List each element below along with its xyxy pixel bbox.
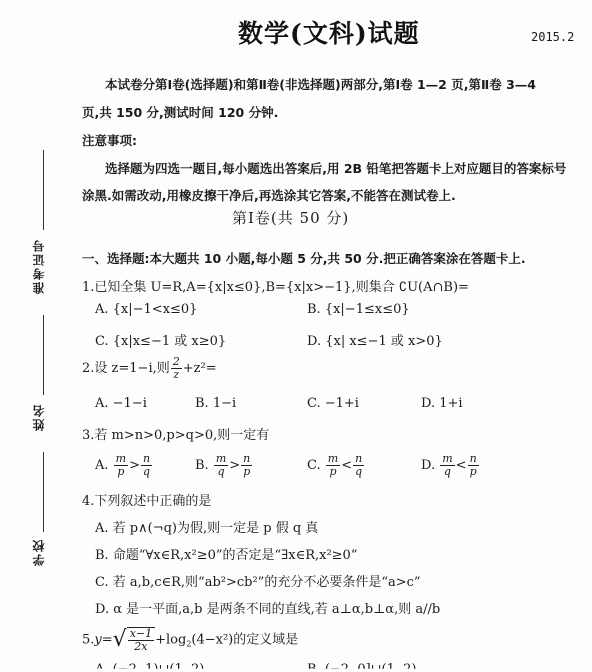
margin-divider: [43, 452, 44, 532]
question-stem: 设 z=1−i,则: [94, 361, 169, 376]
option-4c: C. 若 a,b,c∈R,则“ab²>cb²”的充分不必要条件是“a>c”: [95, 571, 421, 590]
fraction: nq: [141, 453, 152, 478]
option-5b-partial: B. (−2, 0]∪(1, 2): [307, 662, 417, 672]
fraction: x−12x: [128, 628, 154, 653]
option-4d: D. α 是一平面,a,b 是两条不同的直线,若 a⊥α,b⊥α,则 a//b: [95, 598, 440, 617]
option-1b: B. {x|−1≤x≤0}: [307, 302, 410, 317]
fraction: np: [241, 453, 252, 478]
question-number: 3.: [82, 428, 94, 443]
margin-divider: [43, 150, 44, 230]
option-4b: B. 命题“∀x∈R,x²≥0”的否定是“∃x∈R,x²≥0”: [95, 544, 357, 563]
option-2b: B. 1−i: [195, 396, 236, 411]
notice-line-2: 涂黑.如需改动,用橡皮擦干净后,再选涂其它答案,不能答在测试卷上.: [82, 186, 456, 204]
question-4: 4.下列叙述中正确的是: [82, 490, 211, 509]
margin-divider: [43, 315, 44, 395]
intro-line-2: 页,共 150 分,测试时间 120 分钟.: [82, 103, 278, 121]
question-number: 1.: [82, 280, 94, 295]
notice-heading: 注意事项:: [82, 131, 137, 149]
section-title: 第Ⅰ卷(共 50 分): [232, 207, 349, 228]
notice-line-1: 选择题为四选一题目,每小题选出答案后,用 2B 铅笔把答题卡上对应题目的答案标号: [105, 159, 566, 177]
question-stem: 若 m>n>0,p>q>0,则一定有: [94, 428, 269, 443]
fraction: mp: [326, 453, 340, 478]
square-root: √x−12x: [113, 627, 155, 653]
option-2a: A. −1−i: [95, 396, 147, 411]
fraction: nq: [353, 453, 364, 478]
question-stem: 已知全集 U=R,A={x|x≤0},B={x|x>−1},则集合 ∁U(A∩B…: [94, 280, 469, 295]
fraction: mq: [214, 453, 228, 478]
question-1: 1.已知全集 U=R,A={x|x≤0},B={x|x>−1},则集合 ∁U(A…: [82, 276, 469, 295]
question-2: 2.设 z=1−i,则2z+z²=: [82, 356, 217, 381]
question-number: 5.: [82, 633, 94, 648]
option-3d: D. mq<np: [421, 453, 480, 478]
exam-date: 2015.2: [531, 30, 574, 44]
option-1a: A. {x|−1<x≤0}: [95, 302, 197, 317]
option-3b: B. mq>np: [195, 453, 253, 478]
option-1c: C. {x|x≤−1 或 x≥0}: [95, 330, 226, 349]
field-label-school: 学校: [30, 538, 47, 566]
fraction: np: [468, 453, 479, 478]
fraction: mp: [114, 453, 128, 478]
option-1d: D. {x| x≤−1 或 x>0}: [307, 330, 443, 349]
fraction: 2z: [171, 356, 182, 381]
question-number: 2.: [82, 361, 94, 376]
fraction: mq: [440, 453, 454, 478]
option-3c: C. mp<nq: [307, 453, 365, 478]
option-4a: A. 若 p∧(¬q)为假,则一定是 p 假 q 真: [95, 517, 318, 536]
part-heading: 一、选择题:本大题共 10 小题,每小题 5 分,共 50 分.把正确答案涂在答…: [82, 249, 526, 267]
option-3a: A. mp>nq: [95, 453, 153, 478]
question-stem: 下列叙述中正确的是: [94, 494, 211, 509]
intro-line-1: 本试卷分第Ⅰ卷(选择题)和第Ⅱ卷(非选择题)两部分,第Ⅰ卷 1—2 页,第Ⅱ卷 …: [105, 75, 536, 93]
option-5a-partial: A. (−2, 1)∪(1, 2): [95, 662, 204, 672]
question-3: 3.若 m>n>0,p>q>0,则一定有: [82, 424, 269, 443]
field-label-exam-number: 准考证号: [30, 238, 47, 294]
option-2c: C. −1+i: [307, 396, 359, 411]
field-label-name: 姓名: [30, 403, 47, 431]
exam-title: 数学(文科)试题: [238, 14, 420, 50]
question-5: 5.y=√x−12x+log2(4−x²)的定义域是: [82, 627, 298, 653]
option-2d: D. 1+i: [421, 396, 463, 411]
question-number: 4.: [82, 494, 94, 509]
